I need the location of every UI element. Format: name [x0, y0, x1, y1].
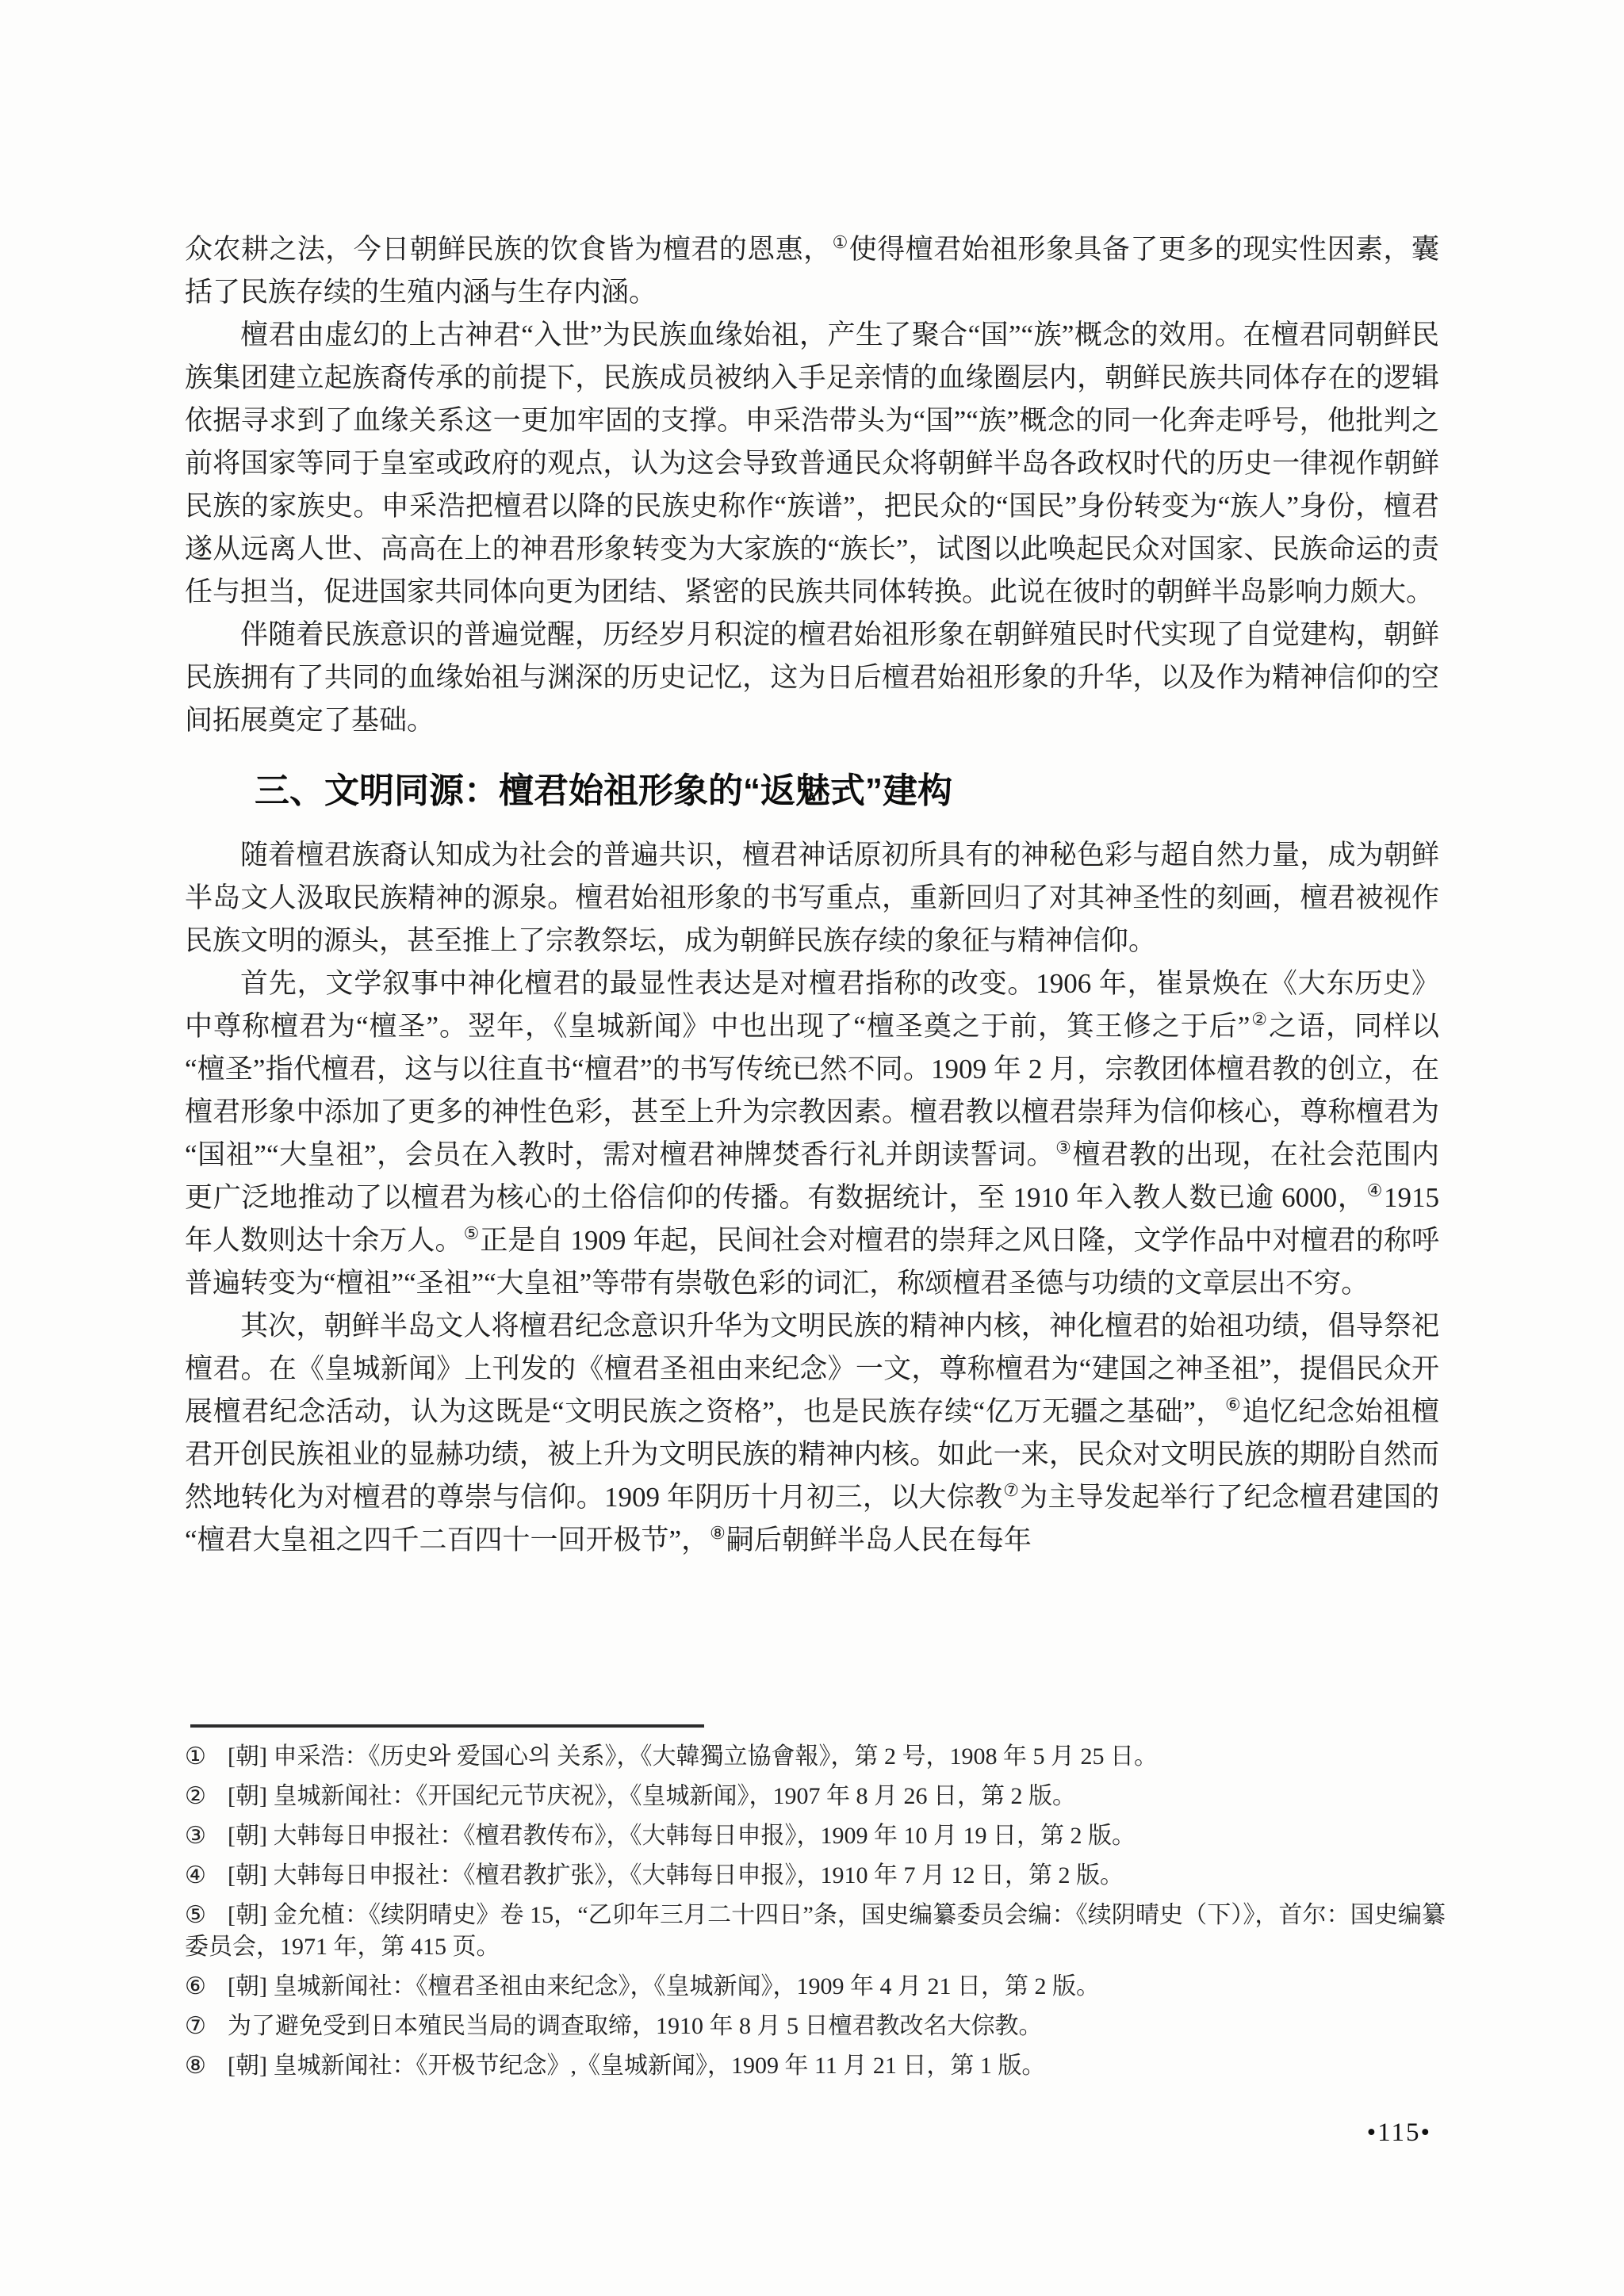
footnote-ref-mark: ①	[832, 232, 849, 252]
footnote-item: ⑤[朝] 金允植：《续阴晴史》卷 15，“乙卯年三月二十四日”条，国史编纂委员会…	[185, 1900, 1446, 1963]
article-body: 众农耕之法，今日朝鲜民族的饮食皆为檀君的恩惠，①使得檀君始祖形象具备了更多的现实…	[185, 228, 1439, 1562]
footnote-marker: ⑧	[185, 2050, 213, 2082]
document-page: 众农耕之法，今日朝鲜民族的饮食皆为檀君的恩惠，①使得檀君始祖形象具备了更多的现实…	[0, 0, 1624, 2296]
footnotes-section: ①[朝] 申采浩：《历史와 爱国心의 关系》，《大韓獨立協會報》，第 2 号，1…	[185, 1741, 1446, 2090]
footnote-ref-mark: ⑧	[709, 1523, 726, 1543]
footnote-marker: ⑦	[185, 2011, 213, 2042]
footnote-text: [朝] 大韩每日申报社：《檀君教扩张》，《大韩每日申报》，1910 年 7 月 …	[228, 1862, 1124, 1888]
footnote-marker: ⑥	[185, 1971, 213, 2003]
footnote-item: ⑧[朝] 皇城新闻社：《开极节纪念》,《皇城新闻》，1909 年 11 月 21…	[185, 2050, 1446, 2082]
footnote-item: ⑥[朝] 皇城新闻社：《檀君圣祖由来纪念》，《皇城新闻》，1909 年 4 月 …	[185, 1971, 1446, 2003]
footnote-item: ④[朝] 大韩每日申报社：《檀君教扩张》，《大韩每日申报》，1910 年 7 月…	[185, 1860, 1446, 1892]
footnote-text: [朝] 皇城新闻社：《开极节纪念》,《皇城新闻》，1909 年 11 月 21 …	[228, 2053, 1045, 2079]
footnote-ref-mark: ⑤	[463, 1223, 481, 1243]
body-paragraph: 首先，文学叙事中神化檀君的最显性表达是对檀君指称的改变。1906 年，崔景焕在《…	[185, 962, 1439, 1305]
body-paragraph: 檀君由虚幻的上古神君“入世”为民族血缘始祖，产生了聚合“国”“族”概念的效用。在…	[185, 314, 1439, 614]
footnote-text: 为了避免受到日本殖民当局的调查取缔，1910 年 8 月 5 日檀君教改名大倧教…	[228, 2013, 1043, 2039]
footnote-marker: ②	[185, 1781, 213, 1812]
page-number: •115•	[1367, 2118, 1431, 2148]
body-paragraph: 众农耕之法，今日朝鲜民族的饮食皆为檀君的恩惠，①使得檀君始祖形象具备了更多的现实…	[185, 228, 1439, 314]
footnote-text: [朝] 申采浩：《历史와 爱国心의 关系》，《大韓獨立協會報》，第 2 号，19…	[228, 1743, 1158, 1770]
footnote-item: ⑦为了避免受到日本殖民当局的调查取缔，1910 年 8 月 5 日檀君教改名大倧…	[185, 2011, 1446, 2042]
footnote-ref-mark: ②	[1250, 1009, 1269, 1029]
footnote-marker: ③	[185, 1820, 213, 1852]
body-paragraph: 随着檀君族裔认知成为社会的普遍共识，檀君神话原初所具有的神秘色彩与超自然力量，成…	[185, 834, 1439, 962]
footnote-separator	[190, 1724, 704, 1728]
footnote-marker: ①	[185, 1741, 213, 1773]
footnote-ref-mark: ③	[1055, 1138, 1072, 1158]
footnote-item: ①[朝] 申采浩：《历史와 爱国心의 关系》，《大韓獨立協會報》，第 2 号，1…	[185, 1741, 1446, 1773]
footnote-text: [朝] 大韩每日申报社：《檀君教传布》，《大韩每日申报》，1909 年 10 月…	[228, 1823, 1136, 1849]
section-heading: 三、文明同源：檀君始祖形象的“返魅式”建构	[185, 769, 1439, 813]
footnote-text: [朝] 皇城新闻社：《檀君圣祖由来纪念》，《皇城新闻》，1909 年 4 月 2…	[228, 1973, 1100, 1999]
footnote-ref-mark: ⑥	[1224, 1395, 1242, 1414]
body-paragraph: 伴随着民族意识的普遍觉醒，历经岁月积淀的檀君始祖形象在朝鲜殖民时代实现了自觉建构…	[185, 614, 1439, 742]
footnote-text: [朝] 皇城新闻社：《开国纪元节庆祝》，《皇城新闻》，1907 年 8 月 26…	[228, 1783, 1076, 1809]
footnote-marker: ⑤	[185, 1900, 213, 1931]
footnote-item: ③[朝] 大韩每日申报社：《檀君教传布》，《大韩每日申报》，1909 年 10 …	[185, 1820, 1446, 1852]
footnote-item: ②[朝] 皇城新闻社：《开国纪元节庆祝》，《皇城新闻》，1907 年 8 月 2…	[185, 1781, 1446, 1812]
footnote-ref-mark: ④	[1366, 1181, 1384, 1200]
footnote-ref-mark: ⑦	[1002, 1480, 1020, 1500]
footnote-text: [朝] 金允植：《续阴晴史》卷 15，“乙卯年三月二十四日”条，国史编纂委员会编…	[185, 1902, 1446, 1960]
footnote-marker: ④	[185, 1860, 213, 1892]
body-paragraph: 其次，朝鲜半岛文人将檀君纪念意识升华为文明民族的精神内核，神化檀君的始祖功绩，倡…	[185, 1305, 1439, 1562]
